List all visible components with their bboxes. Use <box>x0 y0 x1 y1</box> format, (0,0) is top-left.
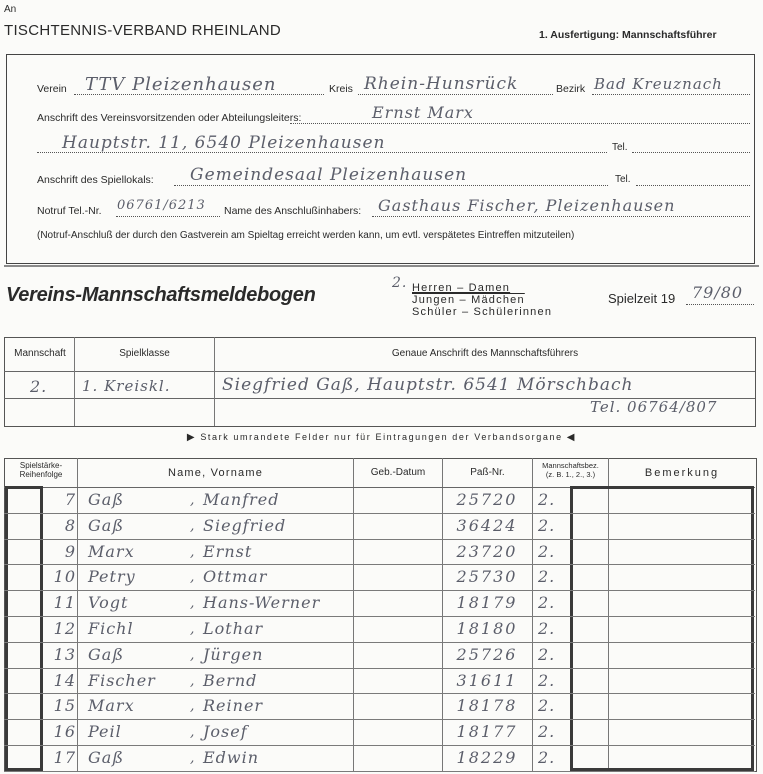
emergency-phone-field[interactable]: 06761/6213 <box>117 198 206 213</box>
table-row: 11Vogt,Hans-Werner181792. <box>0 591 763 617</box>
th-rank: Spielstärke- Reihenfolge <box>5 461 77 479</box>
player-nr[interactable]: 16 <box>48 722 76 741</box>
player-pass[interactable]: 18178 <box>446 696 528 715</box>
th-team: Mannschaftsbez. (z. B. 1., 2., 3.) <box>533 461 608 479</box>
team-phone-field[interactable]: Tel. 06764/807 <box>590 398 717 416</box>
th-dob: Geb.-Datum <box>354 467 442 478</box>
holder-label: Name des Anschlußinhabers: <box>224 205 361 217</box>
category-jungen-maedchen[interactable]: Jungen – Mädchen <box>412 294 552 306</box>
player-nr[interactable]: 13 <box>48 645 76 664</box>
venue-tel-label: Tel. <box>615 174 631 185</box>
player-team[interactable]: 2. <box>538 722 555 741</box>
th-spielklasse: Spielklasse <box>75 348 214 359</box>
emergency-label: Notruf Tel.-Nr. <box>37 205 102 217</box>
kreis-label: Kreis <box>329 83 353 95</box>
player-firstname[interactable]: Jürgen <box>203 645 263 664</box>
venue-label: Anschrift des Spiellokals: <box>37 174 154 186</box>
player-nr[interactable]: 10 <box>48 567 76 586</box>
th-pass: Paß-Nr. <box>443 467 532 478</box>
player-lastname[interactable]: Peil <box>88 722 122 741</box>
player-pass[interactable]: 23720 <box>446 542 528 561</box>
player-firstname[interactable]: Reiner <box>203 696 263 715</box>
player-lastname[interactable]: Gaß <box>88 645 124 664</box>
player-pass[interactable]: 18179 <box>446 593 528 612</box>
table-row: 8Gaß,Siegfried364242. <box>0 514 763 540</box>
player-lastname[interactable]: Fischer <box>88 671 156 690</box>
th-name: Name, Vorname <box>78 467 353 479</box>
player-nr[interactable]: 8 <box>48 516 76 535</box>
player-team[interactable]: 2. <box>538 696 555 715</box>
season-label: Spielzeit 19 <box>608 291 675 306</box>
arrow-left-icon: ◀ <box>567 432 576 443</box>
kreis-field[interactable]: Rhein-Hunsrück <box>364 74 518 94</box>
player-comma: , <box>190 595 195 611</box>
organization-name: TISCHTENNIS-VERBAND RHEINLAND <box>4 22 281 39</box>
player-team[interactable]: 2. <box>538 748 555 767</box>
player-lastname[interactable]: Gaß <box>88 490 124 509</box>
player-comma: , <box>190 621 195 637</box>
table-row: 17Gaß,Edwin182292. <box>0 746 763 772</box>
player-comma: , <box>190 518 195 534</box>
verein-field[interactable]: TTV Pleizenhausen <box>85 74 276 95</box>
player-comma: , <box>190 492 195 508</box>
player-team[interactable]: 2. <box>538 671 555 690</box>
table-row: 12Fichl,Lothar181802. <box>0 617 763 643</box>
player-comma: , <box>190 569 195 585</box>
bezirk-label: Bezirk <box>556 83 585 95</box>
player-lastname[interactable]: Marx <box>88 696 135 715</box>
player-pass[interactable]: 36424 <box>446 516 528 535</box>
table-row: 16Peil,Josef181772. <box>0 720 763 746</box>
player-team[interactable]: 2. <box>538 490 555 509</box>
table-row: 9Marx,Ernst237202. <box>0 540 763 566</box>
player-firstname[interactable]: Ottmar <box>203 567 267 586</box>
table-row: 15Marx,Reiner181782. <box>0 694 763 720</box>
player-nr[interactable]: 14 <box>48 671 76 690</box>
chair-name-field[interactable]: Ernst Marx <box>372 103 474 122</box>
player-comma: , <box>190 698 195 714</box>
th-remark: Bemerkung <box>609 467 755 479</box>
player-pass[interactable]: 18229 <box>446 748 528 767</box>
player-lastname[interactable]: Vogt <box>88 593 128 612</box>
category-list: Herren – Damen Jungen – Mädchen Schüler … <box>412 282 552 318</box>
player-firstname[interactable]: Ernst <box>203 542 252 561</box>
player-firstname[interactable]: Lothar <box>203 619 263 638</box>
player-pass[interactable]: 25720 <box>446 490 528 509</box>
player-pass[interactable]: 18180 <box>446 619 528 638</box>
player-lastname[interactable]: Marx <box>88 542 135 561</box>
th-address: Genaue Anschrift des Mannschaftsführers <box>215 348 755 359</box>
player-lastname[interactable]: Gaß <box>88 516 124 535</box>
holder-field[interactable]: Gasthaus Fischer, Pleizenhausen <box>378 196 675 215</box>
team-number-field[interactable]: 2. <box>392 275 407 291</box>
player-firstname[interactable]: Manfred <box>203 490 280 509</box>
player-team[interactable]: 2. <box>538 516 555 535</box>
player-nr[interactable]: 9 <box>48 542 76 561</box>
player-nr[interactable]: 12 <box>48 619 76 638</box>
chair-tel-label: Tel. <box>612 142 628 153</box>
player-team[interactable]: 2. <box>538 542 555 561</box>
venue-field[interactable]: Gemeindesaal Pleizenhausen <box>190 165 467 185</box>
player-lastname[interactable]: Fichl <box>88 619 134 638</box>
player-pass[interactable]: 31611 <box>446 671 528 690</box>
player-pass[interactable]: 25726 <box>446 645 528 664</box>
verein-label: Verein <box>37 83 67 95</box>
category-herren-damen[interactable]: Herren – Damen <box>412 282 552 294</box>
category-schueler[interactable]: Schüler – Schülerinnen <box>412 306 552 318</box>
player-comma: , <box>190 750 195 766</box>
player-nr[interactable]: 7 <box>48 490 76 509</box>
player-firstname[interactable]: Siegfried <box>203 516 286 535</box>
chair-label: Anschrift des Vereinsvorsitzenden oder A… <box>37 112 301 124</box>
player-firstname[interactable]: Hans-Werner <box>203 593 320 612</box>
player-comma: , <box>190 544 195 560</box>
table-row: 13Gaß,Jürgen257262. <box>0 643 763 669</box>
table-row: 7Gaß,Manfred257202. <box>0 488 763 514</box>
chair-address-field[interactable]: Hauptstr. 11, 6540 Pleizenhausen <box>62 133 385 153</box>
table-row: 10Petry,Ottmar257302. <box>0 565 763 591</box>
player-team[interactable]: 2. <box>538 645 555 664</box>
player-firstname[interactable]: Edwin <box>203 748 259 767</box>
player-nr[interactable]: 17 <box>48 748 76 767</box>
addressee-label: An <box>4 4 16 15</box>
player-nr[interactable]: 11 <box>48 593 76 612</box>
bezirk-field[interactable]: Bad Kreuznach <box>594 75 723 93</box>
team-spielklasse-field[interactable]: 1. Kreiskl. <box>82 377 170 395</box>
player-lastname[interactable]: Petry <box>88 567 136 586</box>
player-comma: , <box>190 647 195 663</box>
form-title: Vereins-Mannschaftsmeldebogen <box>6 284 316 307</box>
player-pass[interactable]: 18177 <box>446 722 528 741</box>
player-team[interactable]: 2. <box>538 567 555 586</box>
player-team[interactable]: 2. <box>538 619 555 638</box>
player-pass[interactable]: 25730 <box>446 567 528 586</box>
player-nr[interactable]: 15 <box>48 696 76 715</box>
th-mannschaft: Mannschaft <box>6 348 74 359</box>
player-lastname[interactable]: Gaß <box>88 748 124 767</box>
table-row: 14Fischer,Bernd316112. <box>0 669 763 695</box>
copy-designation: 1. Ausfertigung: Mannschaftsführer <box>539 29 717 41</box>
notice-text: Stark umrandete Felder nur für Eintragun… <box>200 432 562 442</box>
player-team[interactable]: 2. <box>538 593 555 612</box>
player-firstname[interactable]: Bernd <box>203 671 257 690</box>
emergency-note: (Notruf-Anschluß der durch den Gastverei… <box>37 230 574 241</box>
arrow-right-icon: ▶ <box>187 432 196 443</box>
player-comma: , <box>190 673 195 689</box>
notice-row: ▶ Stark umrandete Felder nur für Eintrag… <box>0 432 763 443</box>
team-mannschaft-field[interactable]: 2. <box>30 377 47 396</box>
player-firstname[interactable]: Josef <box>203 722 248 741</box>
player-comma: , <box>190 724 195 740</box>
season-field[interactable]: 79/80 <box>692 283 743 302</box>
team-address-field[interactable]: Siegfried Gaß, Hauptstr. 6541 Mörschbach <box>222 375 633 395</box>
